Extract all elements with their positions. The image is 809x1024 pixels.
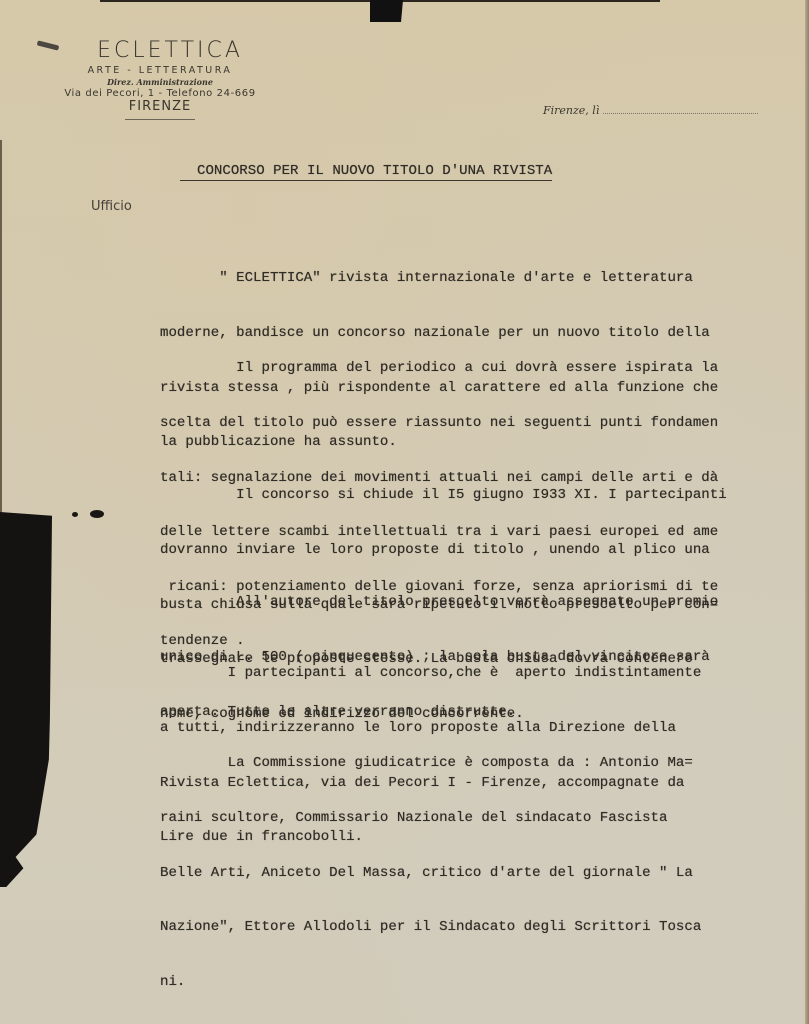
text-line: Belle Arti, Aniceto Del Massa, critico d… xyxy=(160,864,770,882)
paper-right-edge xyxy=(805,0,809,1024)
paragraph-jury: La Commissione giudicatrice è composta d… xyxy=(160,718,770,1009)
letterhead-address: Via dei Pecori, 1 - Telefono 24-669 xyxy=(40,88,280,99)
letterhead-divider xyxy=(125,119,195,120)
text-line: ni. xyxy=(160,973,770,991)
letterhead-title: ECLETTICA xyxy=(60,38,280,63)
text-line: All'autore del titolo prescelto verrà as… xyxy=(160,593,770,611)
text-line: " ECLETTICA" rivista internazionale d'ar… xyxy=(160,269,770,287)
ink-speck xyxy=(72,512,78,517)
place-date-label: Firenze, lì xyxy=(543,104,599,117)
date-blank-line xyxy=(603,113,758,114)
place-date-field: Firenze, lì xyxy=(543,104,758,117)
office-label: Ufficio xyxy=(91,199,132,214)
letterhead-subtitle: ARTE - LETTERATURA xyxy=(40,65,280,76)
document-heading: CONCORSO PER IL NUOVO TITOLO D'UNA RIVIS… xyxy=(180,162,552,181)
text-line: Nazione", Ettore Allodoli per il Sindaca… xyxy=(160,918,770,936)
letterhead-city: FIRENZE xyxy=(40,99,280,114)
text-line: I partecipanti al concorso,che è aperto … xyxy=(160,664,770,682)
paper-tear-top xyxy=(370,0,403,22)
text-line: raini scultore, Commissario Nazionale de… xyxy=(160,809,770,827)
text-line: scelta del titolo può essere riassunto n… xyxy=(160,414,770,432)
letterhead-department: Direz. Amministrazione xyxy=(40,77,280,87)
ink-speck xyxy=(90,510,104,518)
text-line: Il concorso si chiude il I5 giugno I933 … xyxy=(160,486,770,504)
letterhead: ECLETTICA ARTE - LETTERATURA Direz. Ammi… xyxy=(40,38,280,120)
text-line: La Commissione giudicatrice è composta d… xyxy=(160,754,770,772)
text-line: Il programma del periodico a cui dovrà e… xyxy=(160,359,770,377)
